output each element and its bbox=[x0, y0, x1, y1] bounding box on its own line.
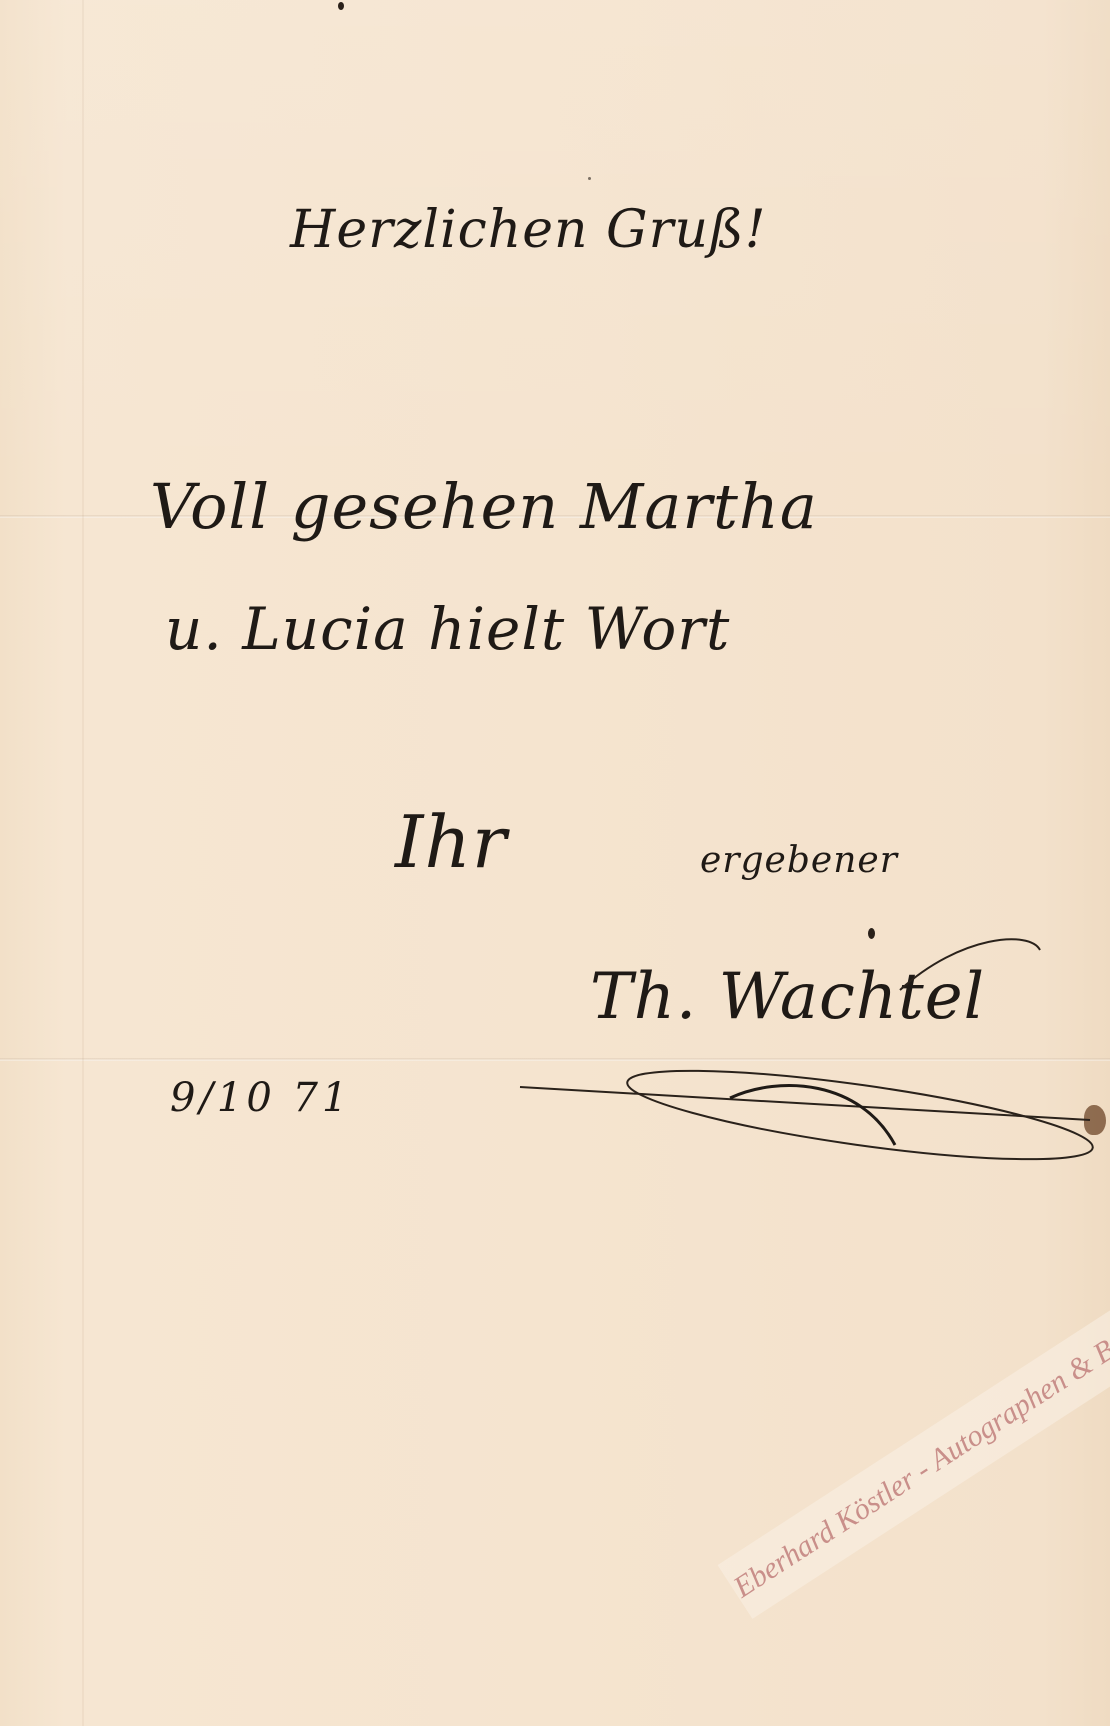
letter-sheet: Herzlichen Gruß! Voll gesehen Martha u. … bbox=[0, 0, 1110, 1726]
